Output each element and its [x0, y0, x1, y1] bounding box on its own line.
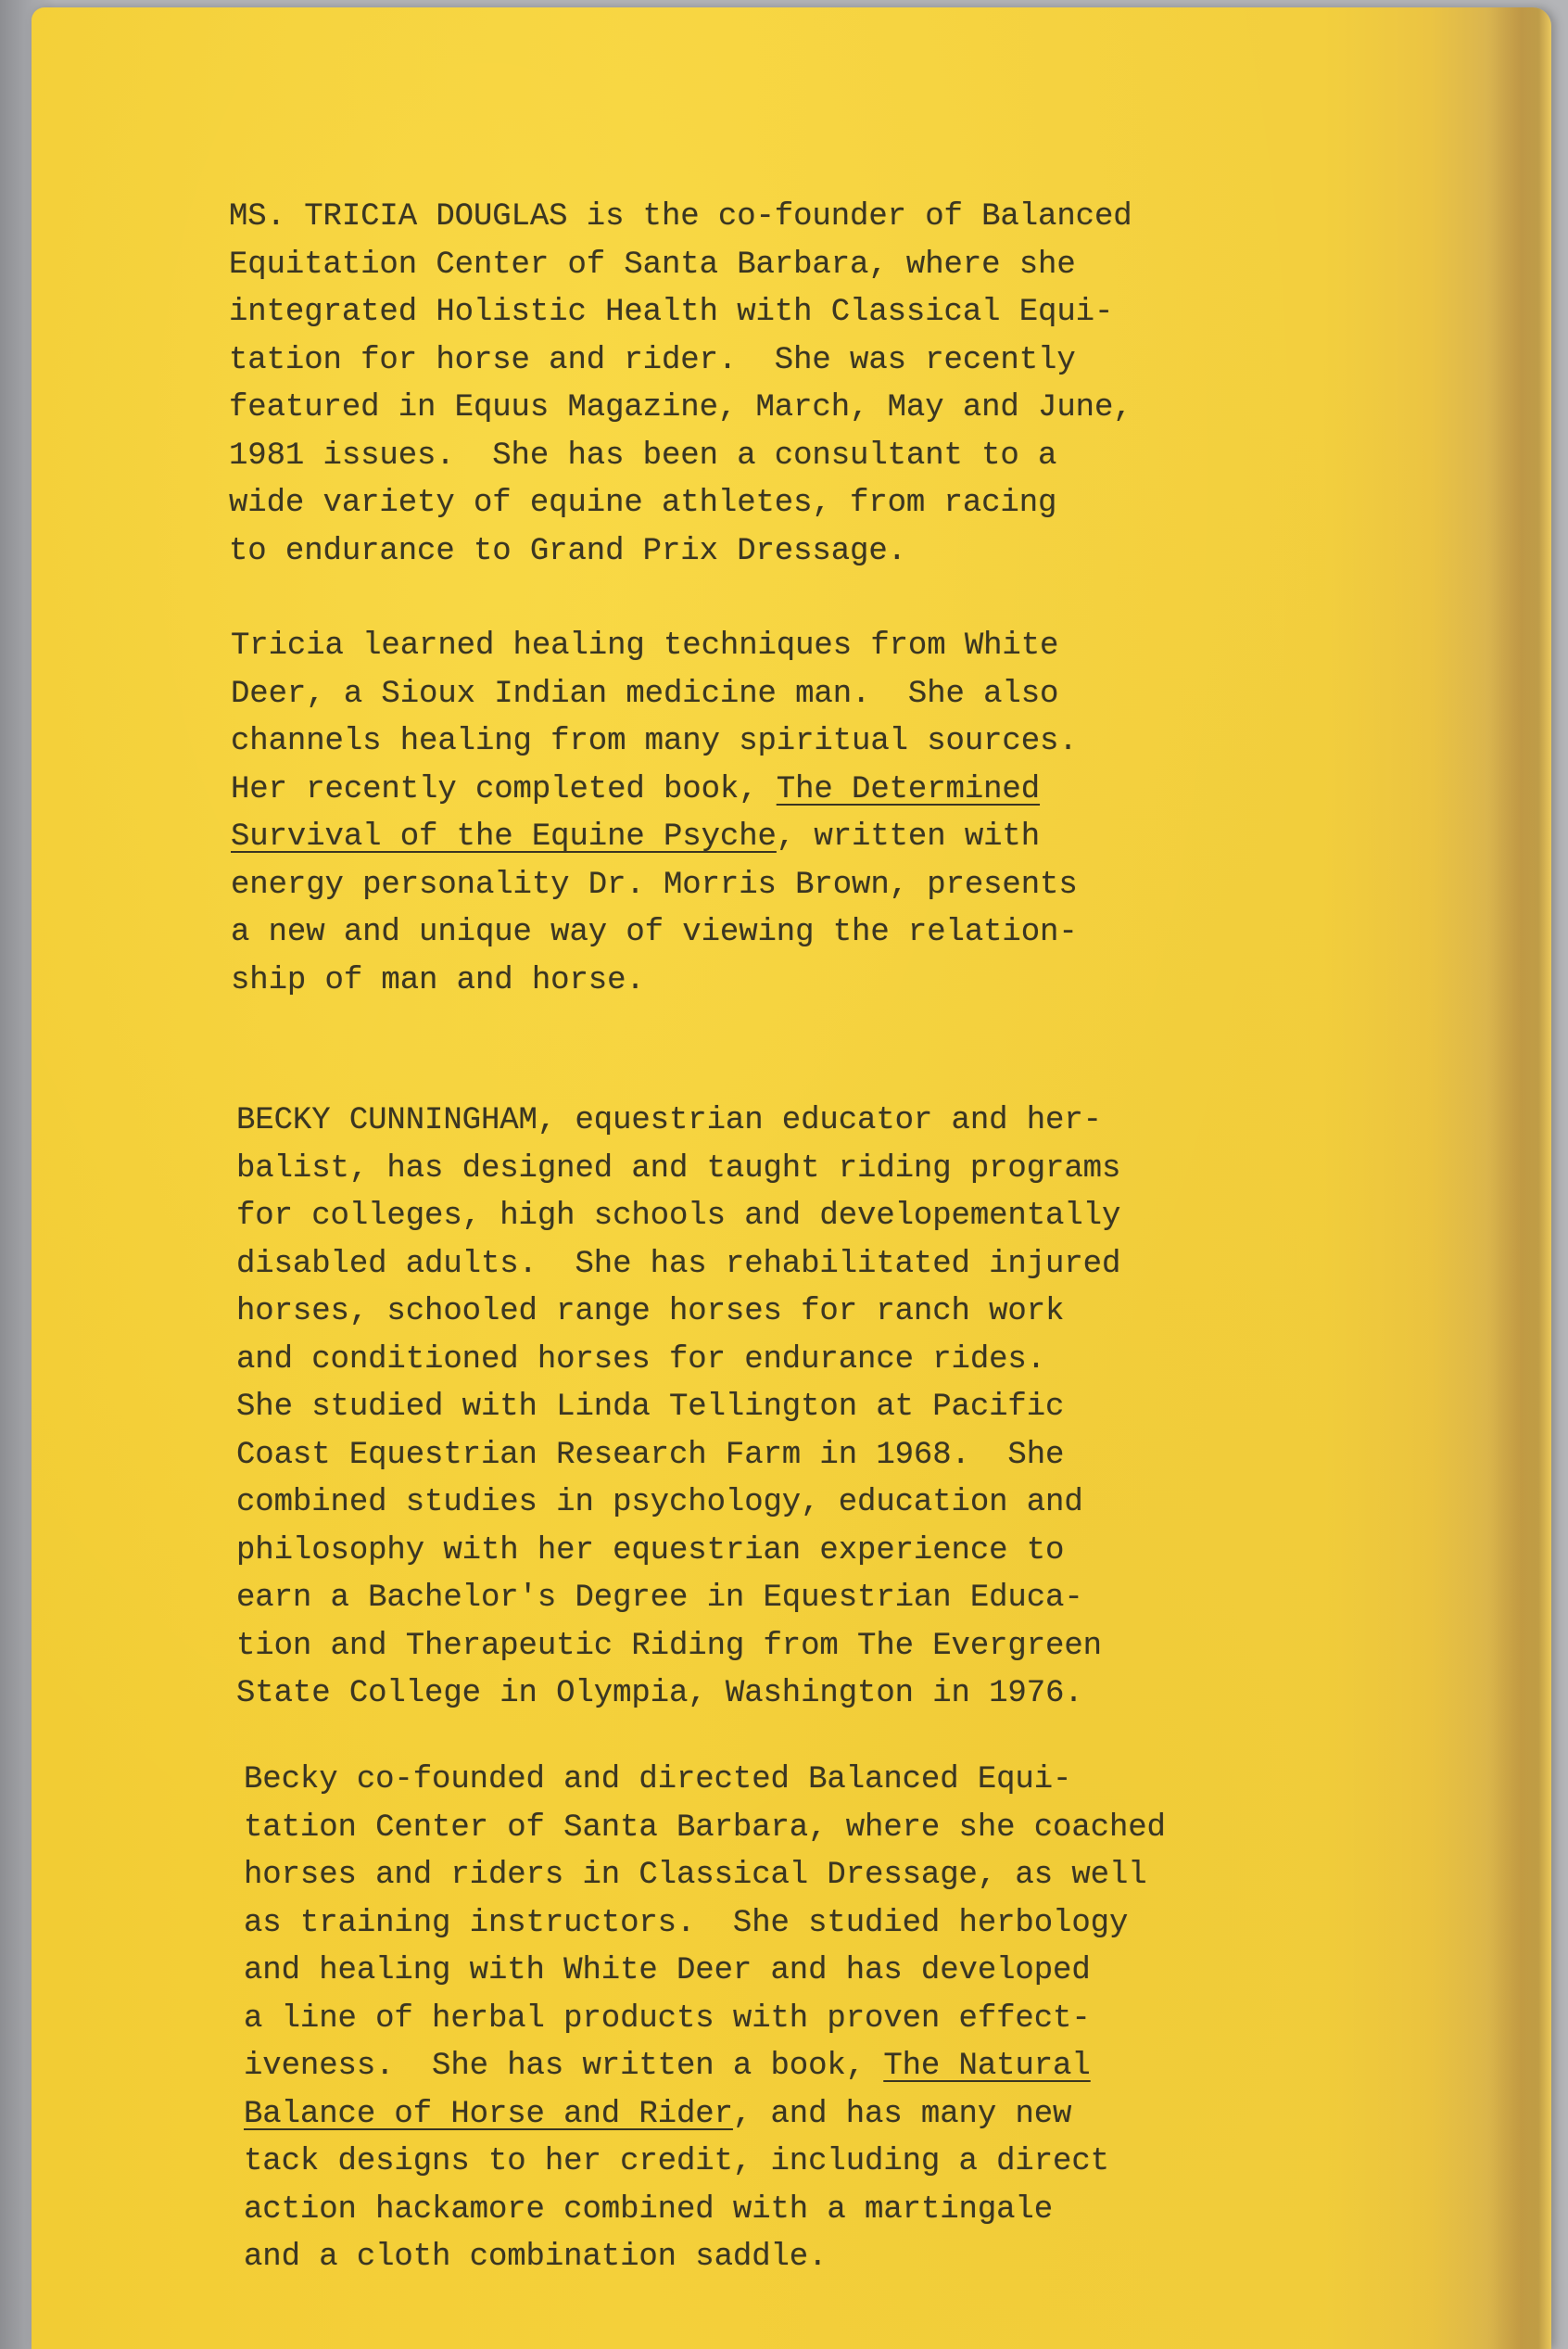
- book-title-underlined: Survival of the Equine Psyche: [231, 819, 777, 855]
- text-segment: a line of herbal products with proven ef…: [244, 2001, 1091, 2037]
- text-segment: combined studies in psychology, educatio…: [236, 1485, 1083, 1520]
- text-segment: Tricia learned healing techniques from W…: [231, 629, 1058, 664]
- text-segment: State College in Olympia, Washington in …: [236, 1676, 1083, 1711]
- text-segment: channels healing from many spiritual sou…: [231, 724, 1078, 759]
- text-line: action hackamore combined with a marting…: [244, 2187, 1166, 2235]
- text-line: ship of man and horse.: [231, 958, 1078, 1006]
- text-segment: Her recently completed book,: [231, 772, 777, 807]
- text-line: channels healing from many spiritual sou…: [231, 718, 1078, 767]
- text-segment: , written with: [777, 819, 1040, 855]
- text-segment: tack designs to her credit, including a …: [244, 2144, 1109, 2179]
- text-segment: Becky co-founded and directed Balanced E…: [244, 1762, 1071, 1797]
- text-segment: and conditioned horses for endurance rid…: [236, 1342, 1045, 1378]
- text-line: Coast Equestrian Research Farm in 1968. …: [236, 1432, 1120, 1480]
- text-segment: for colleges, high schools and developem…: [236, 1199, 1120, 1234]
- paragraph-becky-cunningham-intro: BECKY CUNNINGHAM, equestrian educator an…: [236, 1098, 1120, 1719]
- text-segment: and healing with White Deer and has deve…: [244, 1953, 1091, 1988]
- text-line: disabled adults. She has rehabilitated i…: [236, 1241, 1120, 1289]
- text-segment: a new and unique way of viewing the rela…: [231, 915, 1078, 950]
- text-segment: She studied with Linda Tellington at Pac…: [236, 1390, 1064, 1425]
- text-line: featured in Equus Magazine, March, May a…: [229, 385, 1132, 433]
- text-line: philosophy with her equestrian experienc…: [236, 1528, 1120, 1576]
- text-segment: MS. TRICIA DOUGLAS is the co-founder of …: [229, 199, 1132, 235]
- text-segment: tation for horse and rider. She was rece…: [229, 343, 1076, 378]
- text-segment: featured in Equus Magazine, March, May a…: [229, 390, 1132, 425]
- text-segment: BECKY CUNNINGHAM, equestrian educator an…: [236, 1103, 1102, 1138]
- text-line: to endurance to Grand Prix Dressage.: [229, 528, 1132, 577]
- text-segment: philosophy with her equestrian experienc…: [236, 1533, 1064, 1568]
- text-line: BECKY CUNNINGHAM, equestrian educator an…: [236, 1098, 1120, 1146]
- text-segment: and a cloth combination saddle.: [244, 2240, 827, 2275]
- text-segment: Coast Equestrian Research Farm in 1968. …: [236, 1438, 1064, 1473]
- paragraph-tricia-douglas-intro: MS. TRICIA DOUGLAS is the co-founder of …: [229, 194, 1132, 576]
- text-segment: as training instructors. She studied her…: [244, 1906, 1128, 1941]
- text-segment: Equitation Center of Santa Barbara, wher…: [229, 248, 1076, 283]
- text-line: horses and riders in Classical Dressage,…: [244, 1852, 1166, 1900]
- text-line: She studied with Linda Tellington at Pac…: [236, 1384, 1120, 1432]
- text-line: integrated Holistic Health with Classica…: [229, 289, 1132, 337]
- yellow-booklet-page: MS. TRICIA DOUGLAS is the co-founder of …: [32, 7, 1551, 2349]
- text-line: and conditioned horses for endurance rid…: [236, 1337, 1120, 1385]
- text-segment: to endurance to Grand Prix Dressage.: [229, 534, 906, 569]
- text-segment: horses and riders in Classical Dressage,…: [244, 1858, 1147, 1893]
- text-line: as training instructors. She studied her…: [244, 1900, 1166, 1949]
- text-line: and healing with White Deer and has deve…: [244, 1948, 1166, 1996]
- text-segment: energy personality Dr. Morris Brown, pre…: [231, 868, 1078, 903]
- text-line: for colleges, high schools and developem…: [236, 1193, 1120, 1241]
- text-segment: tation Center of Santa Barbara, where sh…: [244, 1810, 1166, 1846]
- book-title-underlined: Balance of Horse and Rider: [244, 2097, 733, 2132]
- text-line: combined studies in psychology, educatio…: [236, 1479, 1120, 1528]
- text-line: tack designs to her credit, including a …: [244, 2139, 1166, 2187]
- text-segment: balist, has designed and taught riding p…: [236, 1151, 1120, 1187]
- text-segment: action hackamore combined with a marting…: [244, 2192, 1053, 2228]
- text-line: horses, schooled range horses for ranch …: [236, 1289, 1120, 1337]
- text-line: Tricia learned healing techniques from W…: [231, 623, 1078, 671]
- page-spine-shadow: [1486, 7, 1551, 2349]
- text-line: MS. TRICIA DOUGLAS is the co-founder of …: [229, 194, 1132, 242]
- text-line: tation for horse and rider. She was rece…: [229, 337, 1132, 386]
- text-line: energy personality Dr. Morris Brown, pre…: [231, 862, 1078, 910]
- book-title-underlined: The Determined: [777, 772, 1040, 807]
- text-line: a new and unique way of viewing the rela…: [231, 909, 1078, 958]
- text-segment: , and has many new: [733, 2097, 1071, 2132]
- text-segment: wide variety of equine athletes, from ra…: [229, 486, 1056, 521]
- text-segment: earn a Bachelor's Degree in Equestrian E…: [236, 1581, 1083, 1616]
- text-line: 1981 issues. She has been a consultant t…: [229, 433, 1132, 481]
- paragraph-becky-cunningham-career: Becky co-founded and directed Balanced E…: [244, 1757, 1166, 2282]
- text-line: and a cloth combination saddle.: [244, 2234, 1166, 2282]
- text-line: Her recently completed book, The Determi…: [231, 767, 1078, 815]
- text-segment: Deer, a Sioux Indian medicine man. She a…: [231, 677, 1058, 712]
- text-line: State College in Olympia, Washington in …: [236, 1670, 1120, 1719]
- text-segment: ship of man and horse.: [231, 963, 645, 998]
- text-segment: integrated Holistic Health with Classica…: [229, 295, 1113, 330]
- text-segment: iveness. She has written a book,: [244, 2049, 883, 2084]
- text-segment: disabled adults. She has rehabilitated i…: [236, 1247, 1120, 1282]
- text-line: iveness. She has written a book, The Nat…: [244, 2043, 1166, 2091]
- text-segment: tion and Therapeutic Riding from The Eve…: [236, 1629, 1102, 1664]
- text-segment: horses, schooled range horses for ranch …: [236, 1294, 1064, 1329]
- text-line: Equitation Center of Santa Barbara, wher…: [229, 242, 1132, 290]
- text-line: Survival of the Equine Psyche, written w…: [231, 814, 1078, 862]
- text-line: a line of herbal products with proven ef…: [244, 1996, 1166, 2044]
- text-line: Deer, a Sioux Indian medicine man. She a…: [231, 671, 1078, 719]
- text-line: wide variety of equine athletes, from ra…: [229, 480, 1132, 528]
- text-line: tion and Therapeutic Riding from The Eve…: [236, 1623, 1120, 1671]
- book-title-underlined: The Natural: [883, 2049, 1090, 2084]
- text-segment: 1981 issues. She has been a consultant t…: [229, 438, 1056, 474]
- text-line: Becky co-founded and directed Balanced E…: [244, 1757, 1166, 1805]
- text-line: balist, has designed and taught riding p…: [236, 1146, 1120, 1194]
- paragraph-tricia-douglas-healing: Tricia learned healing techniques from W…: [231, 623, 1078, 1005]
- text-line: earn a Bachelor's Degree in Equestrian E…: [236, 1575, 1120, 1623]
- text-line: tation Center of Santa Barbara, where sh…: [244, 1805, 1166, 1853]
- text-line: Balance of Horse and Rider, and has many…: [244, 2091, 1166, 2139]
